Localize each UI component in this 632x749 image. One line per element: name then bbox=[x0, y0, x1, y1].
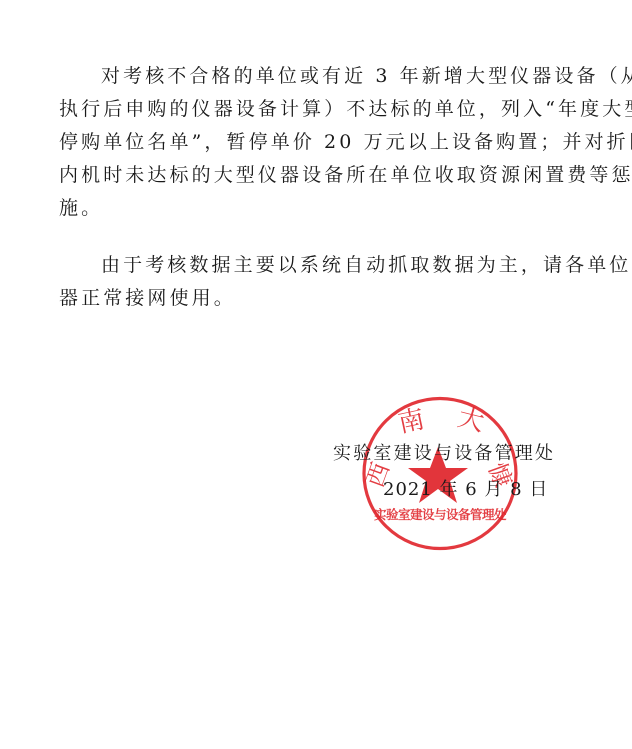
stamp-char-right-top: 大 bbox=[455, 403, 488, 438]
signature-organization: 实验室建设与设备管理处 bbox=[333, 439, 555, 465]
paragraph-line: 停购单位名单”，暂停单价 20 万元以上设备购置；并对折旧年限 bbox=[59, 126, 559, 159]
paragraph-line: 内机时未达标的大型仪器设备所在单位收取资源闲置费等惩戒措 bbox=[59, 159, 559, 192]
signature-date: 2021 年 6 月 8 日 bbox=[383, 475, 548, 501]
stamp-bottom-text: 实验室建设与设备管理处 bbox=[374, 507, 507, 522]
document-page: 对考核不合格的单位或有近 3 年新增大型仪器设备（从本办法 执行后申购的仪器设备… bbox=[0, 0, 632, 749]
paragraph-line: 施。 bbox=[59, 192, 559, 225]
paragraph-data-note: 由于考核数据主要以系统自动抓取数据为主，请各单位确保仪 器正常接网使用。 bbox=[59, 249, 559, 315]
paragraph-penalty: 对考核不合格的单位或有近 3 年新增大型仪器设备（从本办法 执行后申购的仪器设备… bbox=[59, 60, 559, 225]
stamp-char-left-top: 南 bbox=[396, 404, 428, 439]
paragraph-line: 由于考核数据主要以系统自动抓取数据为主，请各单位确保仪 bbox=[59, 249, 559, 282]
paragraph-line: 对考核不合格的单位或有近 3 年新增大型仪器设备（从本办法 bbox=[59, 60, 559, 93]
paragraph-line: 执行后申购的仪器设备计算）不达标的单位，列入“年度大型仪器 bbox=[59, 93, 559, 126]
official-seal-stamp: 南 大 西 慷 实验室建设与设备管理处 bbox=[360, 395, 520, 552]
paragraph-line: 器正常接网使用。 bbox=[59, 282, 559, 315]
